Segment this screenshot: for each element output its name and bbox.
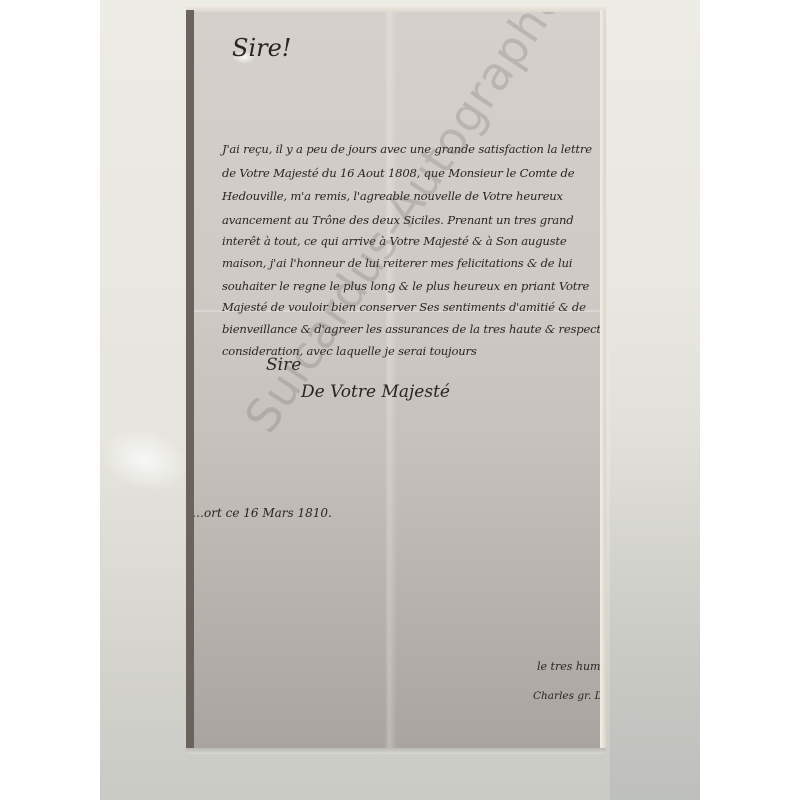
body-line: souhaiter le regne le plus long & le plu… — [222, 279, 589, 293]
signature-formula: le tres humble & devoué — [537, 660, 600, 673]
body-line: Hedouville, m'a remis, l'agreable nouvel… — [222, 189, 563, 203]
body-line: J'ai reçu, il y a peu de jours avec une … — [222, 142, 592, 156]
closing-majeste: De Votre Majesté — [301, 382, 450, 402]
body-line: Majesté de vouloir bien conserver Ses se… — [222, 300, 586, 314]
framed-letter-photo: Sire! J'ai reçu, il y a peu de jours ave… — [100, 0, 700, 800]
letter-paper: Sire! J'ai reçu, il y a peu de jours ave… — [194, 12, 600, 748]
body-line: de Votre Majesté du 16 Aout 1808, que Mo… — [222, 166, 574, 180]
mat-bevel-top — [186, 4, 606, 12]
body-line: maison, j'ai l'honneur de lui reiterer m… — [222, 256, 572, 270]
closing-sire: Sire — [266, 355, 301, 375]
watermark: Suicardus-Autographen — [234, 12, 592, 442]
body-line: avancement au Trône des deux Siciles. Pr… — [222, 213, 574, 227]
body-line: interêt à tout, ce qui arrive à Votre Ma… — [222, 234, 567, 248]
mat-bevel-right — [600, 10, 606, 750]
body-line: consideration, avec laquelle je serai to… — [222, 344, 477, 358]
mat-bevel-left — [186, 10, 194, 750]
date-line: …ort ce 16 Mars 1810. — [194, 506, 332, 520]
salutation: Sire! — [232, 34, 291, 62]
mat-bevel-bottom — [186, 748, 606, 754]
signature-name: Charles gr. Duc de Francfort — [533, 690, 600, 702]
body-line: bienveillance & d'agreer les assurances … — [222, 322, 600, 336]
